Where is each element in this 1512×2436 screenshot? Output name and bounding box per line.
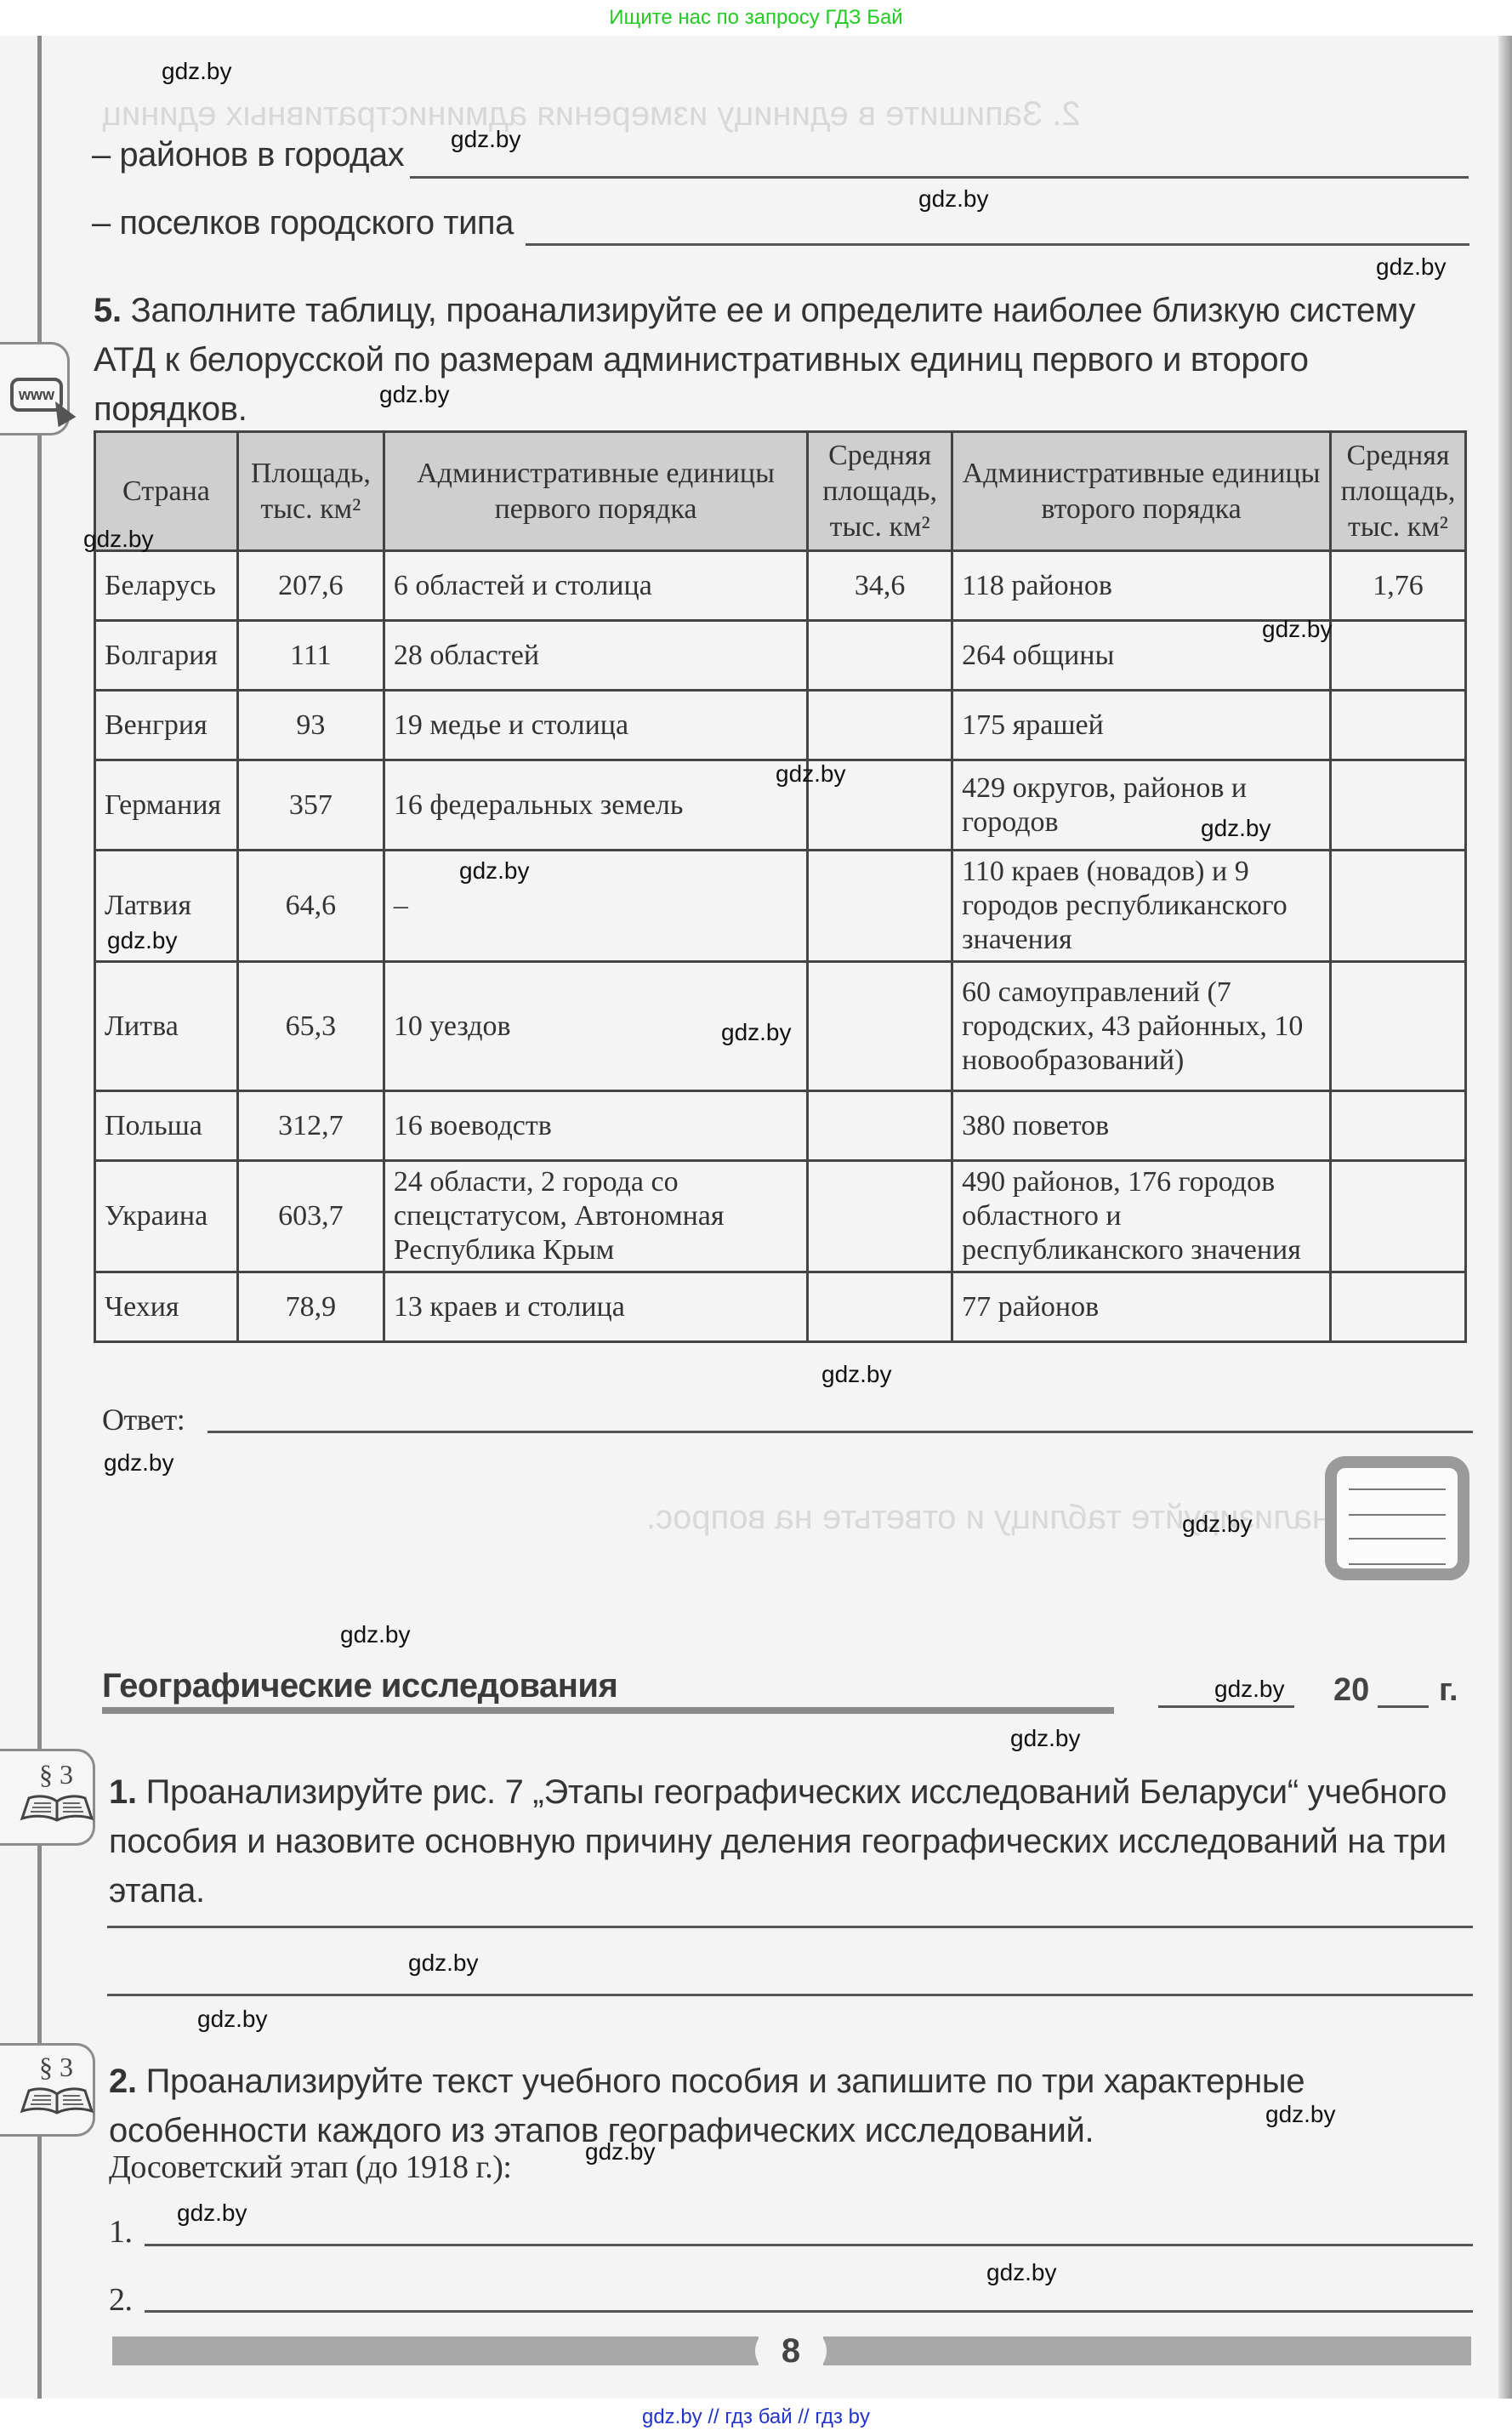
cell-avg-area-first[interactable] <box>808 621 952 691</box>
page-right-edge <box>1498 36 1512 2399</box>
cell-country: Польша <box>95 1091 238 1161</box>
watermark: gdz.by <box>821 1361 892 1388</box>
watermark: gdz.by <box>197 2006 268 2033</box>
footer-bar-left <box>112 2336 759 2365</box>
task-5-number: 5. <box>94 292 122 329</box>
watermark: gdz.by <box>1214 1676 1285 1703</box>
cell-avg-area-second[interactable] <box>1330 1091 1465 1161</box>
book-icon <box>19 1793 95 1824</box>
cell-country: Венгрия <box>95 691 238 760</box>
answer-line[interactable] <box>145 2244 1473 2246</box>
cell-avg-area-first[interactable] <box>808 1091 952 1161</box>
watermark: gdz.by <box>585 2138 656 2166</box>
cell-first-order-units: 16 воеводств <box>384 1091 807 1161</box>
watermark: gdz.by <box>408 1949 479 1977</box>
answer-line[interactable] <box>526 243 1469 246</box>
show-through-text: Проанализируйте таблицу и ответьте на во… <box>646 1499 1412 1537</box>
table-row: Латвия64,6–110 краев (новадов) и 9 город… <box>95 851 1466 962</box>
col-header-avg-area-second: Средняя площадь, тыс. км² <box>1330 432 1465 551</box>
cell-area: 78,9 <box>237 1272 384 1342</box>
paragraph-ref: § 3 <box>39 2052 73 2083</box>
section-underline <box>102 1707 1114 1714</box>
watermark: gdz.by <box>1010 1725 1081 1752</box>
cell-second-order-units: 110 краев (новадов) и 9 городов республи… <box>952 851 1331 962</box>
show-through-text: 2. Запишите в единицу измерения админист… <box>102 95 1081 134</box>
cell-second-order-units: 60 самоуправлений (7 городских, 43 район… <box>952 962 1331 1091</box>
watermark: gdz.by <box>340 1621 411 1648</box>
cell-avg-area-first[interactable] <box>808 851 952 962</box>
date-suffix: г. <box>1439 1672 1458 1709</box>
table-row: Польша312,716 воеводств380 поветов <box>95 1091 1466 1161</box>
watermark: gdz.by <box>721 1019 792 1046</box>
cell-avg-area-first[interactable] <box>808 691 952 760</box>
watermark: gdz.by <box>459 857 530 885</box>
cell-first-order-units: 24 области, 2 города со спецстатусом, Ав… <box>384 1161 807 1272</box>
watermark: gdz.by <box>1265 2101 1336 2128</box>
cell-avg-area-second[interactable] <box>1330 962 1465 1091</box>
answer-line[interactable] <box>145 2310 1473 2313</box>
item-number: 2. <box>109 2281 133 2319</box>
cell-second-order-units: 380 поветов <box>952 1091 1331 1161</box>
prev-item-districts-in-cities: – районов в городах <box>92 136 404 174</box>
table-row: Украина603,724 области, 2 города со спец… <box>95 1161 1466 1272</box>
notebook-icon <box>1325 1456 1469 1580</box>
table-row: Болгария11128 областей264 общины <box>95 621 1466 691</box>
cell-avg-area-second[interactable] <box>1330 1272 1465 1342</box>
table-row: Беларусь207,66 областей и столица34,6118… <box>95 551 1466 621</box>
cell-second-order-units: 490 районов, 176 городов областного и ре… <box>952 1161 1331 1272</box>
paragraph-ref: § 3 <box>39 1759 73 1790</box>
cell-first-order-units: 28 областей <box>384 621 807 691</box>
cell-area: 357 <box>237 760 384 851</box>
answer-line[interactable] <box>410 176 1469 179</box>
watermark: gdz.by <box>1201 815 1271 842</box>
task-2-text: Проанализируйте текст учебного пособия и… <box>109 2063 1305 2149</box>
task-1-text: Проанализируйте рис. 7 „Этапы географиче… <box>109 1773 1447 1910</box>
answer-label: Ответ: <box>102 1402 185 1437</box>
table-row: Чехия78,913 краев и столица77 районов <box>95 1272 1466 1342</box>
cell-avg-area-second[interactable]: 1,76 <box>1330 551 1465 621</box>
watermark: gdz.by <box>1262 616 1333 643</box>
answer-line[interactable] <box>107 1926 1473 1928</box>
table-row: Венгрия9319 медье и столица175 ярашей <box>95 691 1466 760</box>
cell-area: 603,7 <box>237 1161 384 1272</box>
date-year-prefix: 20 <box>1333 1672 1369 1709</box>
cell-first-order-units: 13 краев и столица <box>384 1272 807 1342</box>
date-year-field[interactable] <box>1378 1705 1429 1708</box>
task-2-number: 2. <box>109 2063 137 2100</box>
cell-country: Украина <box>95 1161 238 1272</box>
watermark: gdz.by <box>986 2259 1057 2286</box>
cell-area: 207,6 <box>237 551 384 621</box>
cell-avg-area-second[interactable] <box>1330 691 1465 760</box>
section-title: Географические исследования <box>102 1667 617 1705</box>
cell-avg-area-first[interactable]: 34,6 <box>808 551 952 621</box>
atd-comparison-table: Страна Площадь, тыс. км² Административны… <box>94 430 1467 1343</box>
cell-avg-area-first[interactable] <box>808 1272 952 1342</box>
cell-second-order-units: 77 районов <box>952 1272 1331 1342</box>
cell-second-order-units: 118 районов <box>952 551 1331 621</box>
cell-first-order-units: – <box>384 851 807 962</box>
col-header-first-order-units: Административные единицы первого порядка <box>384 432 807 551</box>
cell-avg-area-second[interactable] <box>1330 621 1465 691</box>
cell-country: Германия <box>95 760 238 851</box>
cell-avg-area-second[interactable] <box>1330 851 1465 962</box>
cell-country: Литва <box>95 962 238 1091</box>
cell-area: 312,7 <box>237 1091 384 1161</box>
prev-item-urban-settlements: – поселков городского типа <box>92 204 514 242</box>
watermark: gdz.by <box>1376 253 1447 281</box>
watermark: gdz.by <box>177 2200 247 2227</box>
top-banner: Ищите нас по запросу ГДЗ Бай <box>0 0 1512 36</box>
footer-bar-right <box>823 2336 1471 2365</box>
watermark: gdz.by <box>776 760 846 788</box>
col-header-second-order-units: Административные единицы второго порядка <box>952 432 1331 551</box>
answer-line[interactable] <box>107 1994 1473 1996</box>
cell-first-order-units: 19 медье и столица <box>384 691 807 760</box>
book-icon <box>19 2086 95 2116</box>
watermark: gdz.by <box>1182 1511 1253 1538</box>
page-number: 8 <box>755 2327 827 2375</box>
stage-label: Досоветский этап (до 1918 г.): <box>109 2149 511 2186</box>
date-day-month-field[interactable] <box>1158 1705 1294 1708</box>
watermark: gdz.by <box>918 185 989 213</box>
cell-country: Болгария <box>95 621 238 691</box>
cell-second-order-units: 175 ярашей <box>952 691 1331 760</box>
cell-avg-area-second[interactable] <box>1330 1161 1465 1272</box>
watermark: gdz.by <box>162 58 232 85</box>
task-5-prompt: 5. Заполните таблицу, проанализируйте ее… <box>94 286 1471 434</box>
task-1-prompt: 1. Проанализируйте рис. 7 „Этапы географ… <box>109 1767 1475 1915</box>
cell-country: Беларусь <box>95 551 238 621</box>
cell-area: 111 <box>237 621 384 691</box>
answer-line[interactable] <box>207 1431 1473 1433</box>
workbook-page: 2. Запишите в единицу измерения админист… <box>0 36 1512 2399</box>
watermark: gdz.by <box>104 1449 174 1477</box>
col-header-area: Площадь, тыс. км² <box>237 432 384 551</box>
watermark: gdz.by <box>83 526 154 553</box>
cell-area: 64,6 <box>237 851 384 962</box>
cell-area: 93 <box>237 691 384 760</box>
cell-first-order-units: 16 федеральных земель <box>384 760 807 851</box>
item-number: 1. <box>109 2213 133 2251</box>
bottom-banner: gdz.by // гдз бай // гдз by <box>0 2399 1512 2436</box>
task-5-text: Заполните таблицу, проанализируйте ее и … <box>94 292 1415 428</box>
cell-area: 65,3 <box>237 962 384 1091</box>
cell-avg-area-first[interactable] <box>808 962 952 1091</box>
cell-country: Чехия <box>95 1272 238 1342</box>
cell-first-order-units: 6 областей и столица <box>384 551 807 621</box>
col-header-avg-area-first: Средняя площадь, тыс. км² <box>808 432 952 551</box>
table-header-row: Страна Площадь, тыс. км² Административны… <box>95 432 1466 551</box>
watermark: gdz.by <box>107 927 178 954</box>
cell-avg-area-first[interactable] <box>808 1161 952 1272</box>
watermark: gdz.by <box>451 126 521 153</box>
task-1-number: 1. <box>109 1773 137 1811</box>
cell-second-order-units: 429 округов, районов и городов <box>952 760 1331 851</box>
cell-avg-area-second[interactable] <box>1330 760 1465 851</box>
watermark: gdz.by <box>379 381 450 408</box>
